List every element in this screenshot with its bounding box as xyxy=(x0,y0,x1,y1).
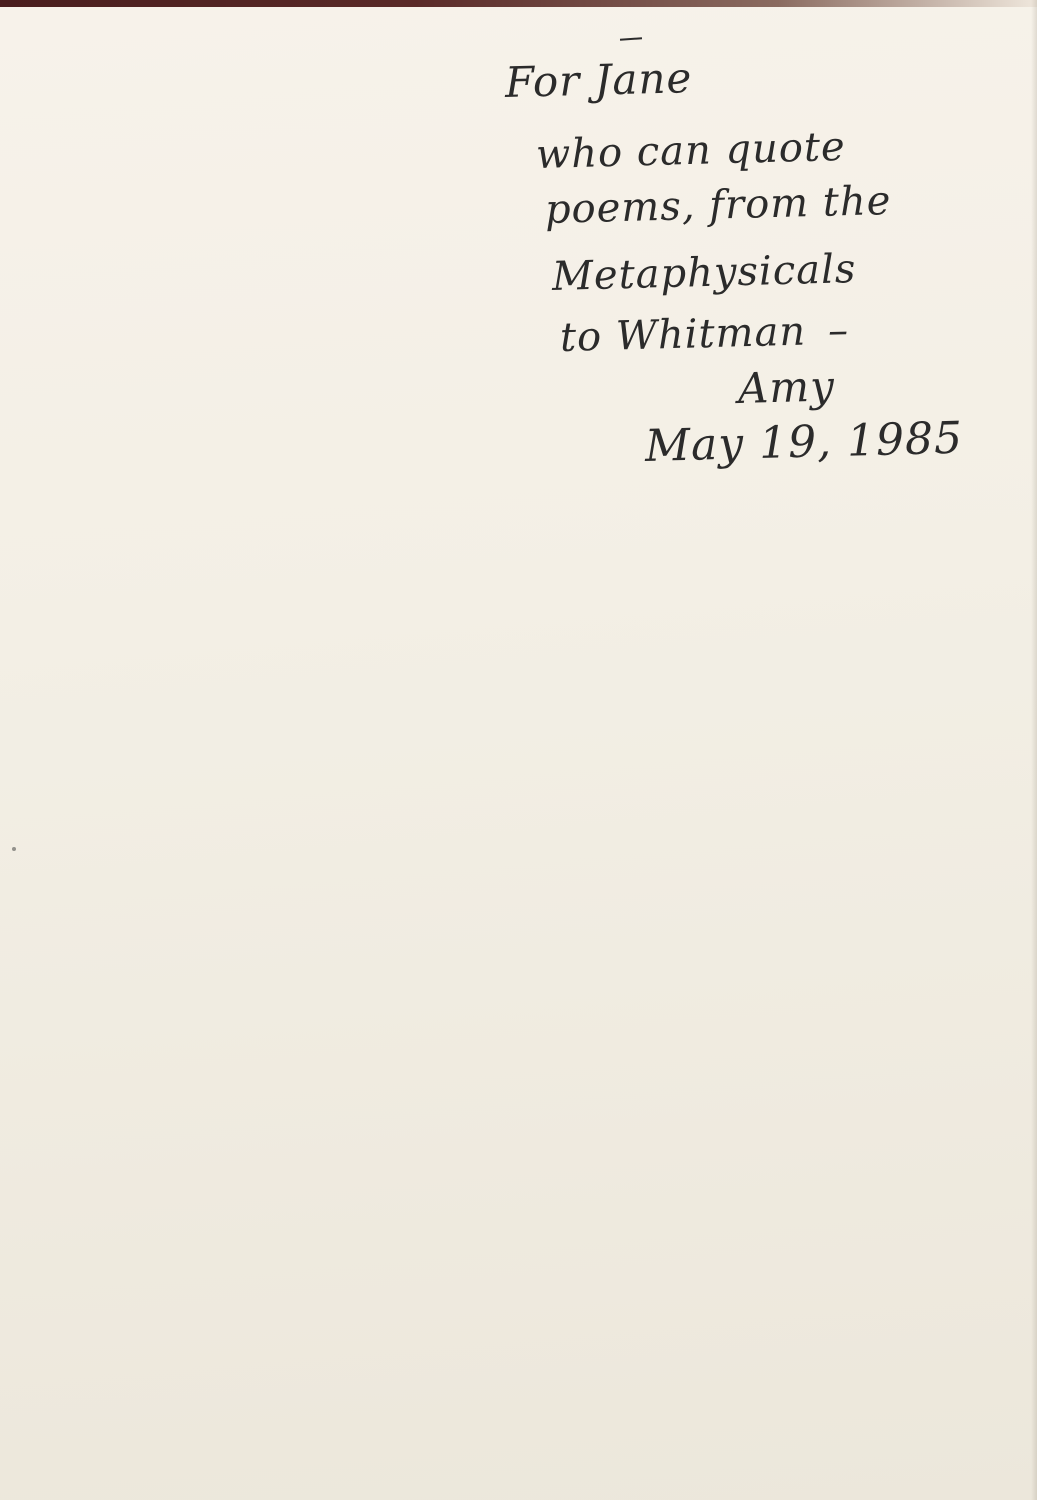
pen-stroke xyxy=(620,37,642,41)
inscription-line-3: poems, from the xyxy=(544,181,891,230)
inscription-line-5-text: to Whitman xyxy=(559,309,806,361)
handwritten-inscription: For Jane who can quote poems, from the M… xyxy=(0,0,1037,1500)
inscription-date: May 19, 1985 xyxy=(644,417,963,469)
inscription-line-2: who can quote xyxy=(535,127,846,175)
inscription-line-4: Metaphysicals xyxy=(551,249,856,297)
inscription-dedication: For Jane xyxy=(504,57,692,104)
inscription-dash: – xyxy=(827,307,849,354)
inscription-signature: Amy xyxy=(737,365,835,410)
inscription-line-5: to Whitman– xyxy=(559,310,849,358)
